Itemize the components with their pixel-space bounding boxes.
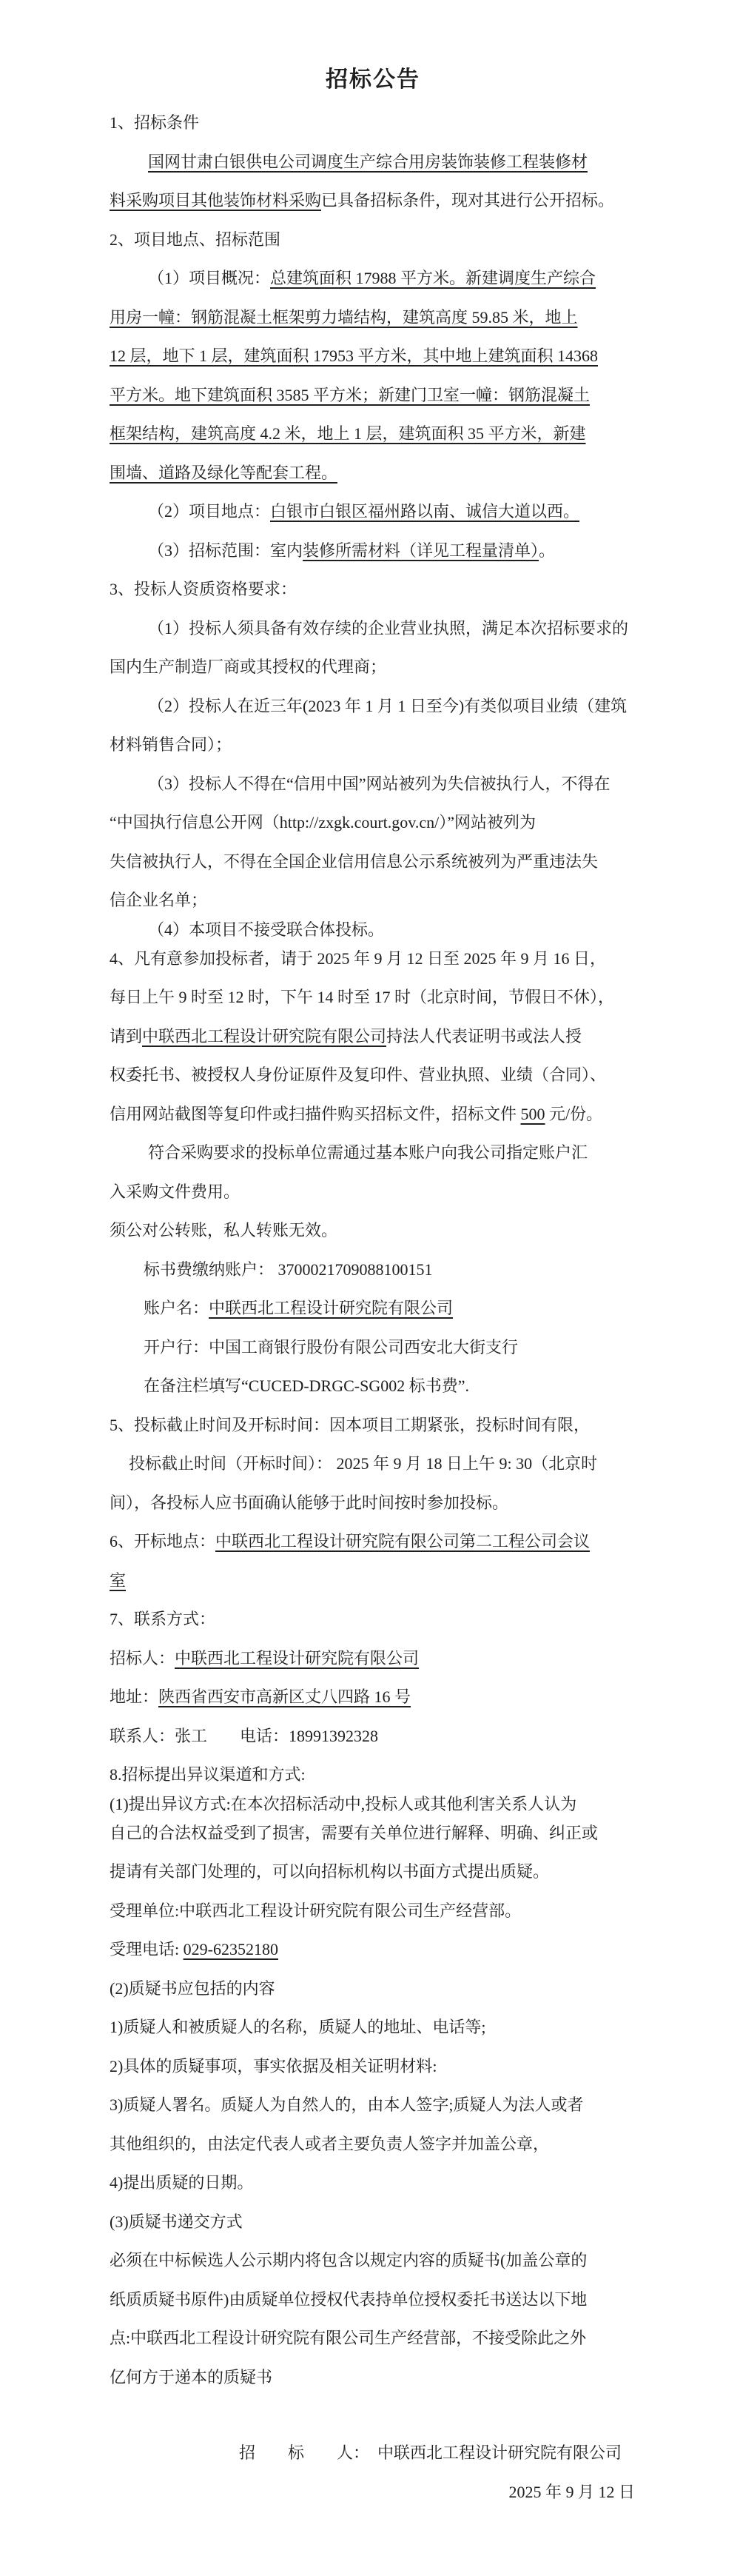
- text-segment: 权委托书、被授权人身份证原件及复印件、营业执照、业绩（合同）、: [110, 1065, 606, 1084]
- text-segment: 账户名：: [144, 1299, 209, 1317]
- text-line: (1)提出异议方式:在本次招标活动中,投标人或其他利害关系人认为: [110, 1795, 636, 1814]
- text-segment: “中国执行信息公开网（http://zxgk.court.gov.cn/）”网站…: [110, 813, 536, 832]
- underlined-text: 500: [521, 1105, 545, 1123]
- text-segment: 间），各投标人应书面确认能够于此时间按时参加投标。: [110, 1493, 508, 1512]
- text-segment: 失信被执行人，不得在全国企业信用信息公示系统被列为严重违法失: [110, 852, 598, 871]
- text-segment: 每日上午 9 时至 12 时，下午 14 时至 17 时（北京时间，节假日不休）…: [110, 988, 614, 1006]
- text-line: 3、投标人资质资格要求：: [110, 570, 636, 609]
- text-segment: 1、招标条件: [110, 113, 199, 132]
- text-line: 4、凡有意参加投标者，请于 2025 年 9 月 12 日至 2025 年 9 …: [110, 940, 636, 979]
- text-segment: 8.招标提出异议渠道和方式:: [110, 1765, 306, 1784]
- document-body: 1、招标条件国网甘肃白银供电公司调度生产综合用房装饰装修工程装修材料采购项目其他…: [110, 104, 636, 2512]
- text-line: 2)具体的质疑事项，事实依据及相关证明材料:: [110, 2047, 636, 2087]
- underlined-text: 平方米。地下建筑面积 3585 平方米；新建门卫室一幢：钢筋混凝土: [110, 386, 590, 404]
- underlined-text: 室: [110, 1571, 126, 1590]
- text-segment: 4、凡有意参加投标者，请于 2025 年 9 月 12 日至 2025 年 9 …: [110, 949, 606, 968]
- text-segment: 受理单位:中联西北工程设计研究院有限公司生产经营部。: [110, 1901, 521, 1920]
- text-segment: 必须在中标候选人公示期内将包含以规定内容的质疑书(加盖公章的: [110, 2251, 587, 2269]
- underlined-text: 029-62352180: [184, 1940, 278, 1958]
- text-segment: 材料销售合同）；: [110, 735, 232, 754]
- text-line: 围墙、道路及绿化等配套工程。: [110, 454, 636, 493]
- text-line: （3）投标人不得在“信用中国”网站被列为失信被执行人，不得在: [110, 765, 636, 804]
- text-line: （3）招标范围：室内装修所需材料（详见工程量清单）。: [110, 532, 636, 571]
- text-line: 请到中联西北工程设计研究院有限公司持法人代表证明书或法人授: [110, 1017, 636, 1057]
- text-segment: 2、项目地点、招标范围: [110, 230, 280, 249]
- page-title: 招标公告: [110, 59, 636, 101]
- text-line: 受理单位:中联西北工程设计研究院有限公司生产经营部。: [110, 1892, 636, 1931]
- text-segment: （2）投标人在近三年(2023 年 1 月 1 日至今)有类似项目业绩（建筑: [148, 697, 627, 715]
- text-segment: 元/份。: [545, 1105, 603, 1123]
- text-line: 自己的合法权益受到了损害，需要有关单位进行解释、明确、纠正或: [110, 1814, 636, 1853]
- text-line: 投标截止时间（开标时间）： 2025 年 9 月 18 日上午 9: 30（北京…: [110, 1445, 636, 1484]
- text-line: （2）项目地点：白银市白银区福州路以南、诚信大道以西。: [110, 492, 636, 532]
- text-segment: 其他组织的，由法定代表人或者主要负责人签字并加盖公章，: [110, 2135, 549, 2153]
- text-segment: 联系人：张工 电话：18991392328: [110, 1727, 378, 1745]
- tender-announcement-document: 招标公告 1、招标条件国网甘肃白银供电公司调度生产综合用房装饰装修工程装修材料采…: [0, 0, 740, 2576]
- text-segment: 点:中联西北工程设计研究院有限公司生产经营部，不接受除此之外: [110, 2329, 586, 2347]
- text-line: 在备注栏填写“CUCED-DRGC-SG002 标书费”.: [110, 1367, 636, 1406]
- text-segment: 招 标 人： 中联西北工程设计研究院有限公司: [239, 2443, 622, 2462]
- text-line: (2)质疑书应包括的内容: [110, 1970, 636, 2009]
- text-segment: 信用网站截图等复印件或扫描件购买招标文件，招标文件: [110, 1105, 521, 1123]
- text-segment: (3)质疑书递交方式: [110, 2212, 243, 2231]
- text-line: 失信被执行人，不得在全国企业信用信息公示系统被列为严重违法失: [110, 843, 636, 882]
- text-segment: 2)具体的质疑事项，事实依据及相关证明材料:: [110, 2057, 437, 2075]
- text-line: 国网甘肃白银供电公司调度生产综合用房装饰装修工程装修材: [110, 143, 636, 182]
- text-segment: 自己的合法权益受到了损害，需要有关单位进行解释、明确、纠正或: [110, 1824, 598, 1842]
- text-segment: 7、联系方式：: [110, 1610, 215, 1628]
- text-line: 其他组织的，由法定代表人或者主要负责人签字并加盖公章，: [110, 2125, 636, 2164]
- underlined-text: 12 层，地下 1 层，建筑面积 17953 平方米，其中地上建筑面积 1436…: [110, 347, 598, 365]
- text-segment: 国内生产制造厂商或其授权的代理商；: [110, 658, 386, 676]
- underlined-text: 陕西省西安市高新区丈八四路 16 号: [158, 1687, 411, 1706]
- text-segment: 3、投标人资质资格要求：: [110, 580, 297, 598]
- text-line: 地址：陕西省西安市高新区丈八四路 16 号: [110, 1678, 636, 1717]
- text-segment: 4)提出质疑的日期。: [110, 2173, 253, 2192]
- text-segment: 2025 年 9 月 12 日: [508, 2483, 635, 2501]
- text-line: 国内生产制造厂商或其授权的代理商；: [110, 648, 636, 687]
- underlined-text: 围墙、道路及绿化等配套工程。: [110, 464, 337, 482]
- text-line: 12 层，地下 1 层，建筑面积 17953 平方米，其中地上建筑面积 1436…: [110, 337, 636, 376]
- underlined-text: 白银市白银区福州路以南、诚信大道以西。: [270, 502, 579, 521]
- underlined-text: 中联西北工程设计研究院有限公司第二工程公司会议: [215, 1532, 590, 1550]
- text-line: 7、联系方式：: [110, 1600, 636, 1639]
- text-line: 亿何方于递本的质疑书: [110, 2358, 636, 2398]
- text-segment: 请到: [110, 1027, 142, 1046]
- text-line: 入采购文件费用。: [110, 1173, 636, 1212]
- text-line: 材料销售合同）；: [110, 726, 636, 765]
- text-line: （1）投标人须具备有效存续的企业营业执照，满足本次招标要求的: [110, 609, 636, 649]
- text-line: 账户名：中联西北工程设计研究院有限公司: [110, 1289, 636, 1328]
- text-segment: 招标人：: [110, 1649, 175, 1667]
- text-segment: （3）招标范围：室内: [148, 541, 303, 560]
- text-line: 信用网站截图等复印件或扫描件购买招标文件，招标文件 500 元/份。: [110, 1095, 636, 1134]
- text-segment: (1)提出异议方式:在本次招标活动中,投标人或其他利害关系人认为: [110, 1795, 576, 1813]
- text-segment: 投标截止时间（开标时间）： 2025 年 9 月 18 日上午 9: 30（北京…: [129, 1454, 597, 1473]
- text-line: （4）本项目不接受联合体投标。: [110, 920, 636, 940]
- text-line: 权委托书、被授权人身份证原件及复印件、营业执照、业绩（合同）、: [110, 1056, 636, 1095]
- text-line: 信企业名单；: [110, 881, 636, 920]
- text-segment: 标书费缴纳账户： 3700021709088100151: [144, 1260, 433, 1279]
- text-line: 8.招标提出异议渠道和方式:: [110, 1756, 636, 1795]
- text-line: (3)质疑书递交方式: [110, 2203, 636, 2242]
- text-line: 招标人：中联西北工程设计研究院有限公司: [110, 1639, 636, 1679]
- text-segment: （1）项目概况：: [148, 269, 270, 287]
- text-segment: 已具备招标条件，现对其进行公开招标。: [321, 191, 614, 210]
- text-segment: 。: [539, 541, 555, 560]
- underlined-text: 中联西北工程设计研究院有限公司: [209, 1299, 453, 1317]
- text-line: 框架结构，建筑高度 4.2 米，地上 1 层，建筑面积 35 平方米，新建: [110, 415, 636, 454]
- text-line: 平方米。地下建筑面积 3585 平方米；新建门卫室一幢：钢筋混凝土: [110, 376, 636, 415]
- text-line: 受理电话: 029-62352180: [110, 1930, 636, 1970]
- underlined-text: 料采购项目其他装饰材料采购: [110, 191, 321, 210]
- text-line: 1、招标条件: [110, 104, 636, 143]
- text-segment: 提请有关部门处理的，可以向招标机构以书面方式提出质疑。: [110, 1862, 549, 1881]
- text-segment: （4）本项目不接受联合体投标。: [148, 920, 384, 939]
- text-segment: 地址：: [110, 1687, 158, 1706]
- text-segment: （3）投标人不得在“信用中国”网站被列为失信被执行人，不得在: [148, 775, 610, 793]
- text-line: 间），各投标人应书面确认能够于此时间按时参加投标。: [110, 1484, 636, 1523]
- text-segment: 6、开标地点：: [110, 1532, 215, 1550]
- text-line: 室: [110, 1562, 636, 1601]
- text-segment: 3)质疑人署名。质疑人为自然人的，由本人签字;质疑人为法人或者: [110, 2095, 583, 2114]
- text-line: 5、投标截止时间及开标时间：因本项目工期紧张，投标时间有限，: [110, 1406, 636, 1445]
- text-line: 2025 年 9 月 12 日: [110, 2473, 636, 2512]
- text-segment: 入采购文件费用。: [110, 1182, 240, 1201]
- text-segment: 5、投标截止时间及开标时间：因本项目工期紧张，投标时间有限，: [110, 1416, 590, 1434]
- text-line: （2）投标人在近三年(2023 年 1 月 1 日至今)有类似项目业绩（建筑: [110, 687, 636, 726]
- text-segment: （1）投标人须具备有效存续的企业营业执照，满足本次招标要求的: [148, 619, 628, 638]
- text-line: 点:中联西北工程设计研究院有限公司生产经营部，不接受除此之外: [110, 2319, 636, 2358]
- underlined-text: 装修所需材料（详见工程量清单）: [303, 541, 539, 560]
- text-segment: 纸质质疑书原件)由质疑单位授权代表持单位授权委托书送达以下地: [110, 2290, 587, 2309]
- text-line: 开户行：中国工商银行股份有限公司西安北大街支行: [110, 1328, 636, 1368]
- text-line: 料采购项目其他装饰材料采购已具备招标条件，现对其进行公开招标。: [110, 181, 636, 221]
- text-segment: (2)质疑书应包括的内容: [110, 1979, 275, 1998]
- text-line: 须公对公转账，私人转账无效。: [110, 1211, 636, 1251]
- text-line: 3)质疑人署名。质疑人为自然人的，由本人签字;质疑人为法人或者: [110, 2086, 636, 2125]
- text-segment: 在备注栏填写“CUCED-DRGC-SG002 标书费”.: [144, 1376, 469, 1395]
- text-line: 提请有关部门处理的，可以向招标机构以书面方式提出质疑。: [110, 1853, 636, 1892]
- text-line: 纸质质疑书原件)由质疑单位授权代表持单位授权委托书送达以下地: [110, 2281, 636, 2320]
- text-segment: （2）项目地点：: [148, 502, 270, 521]
- text-line: （1）项目概况：总建筑面积 17988 平方米。新建调度生产综合: [110, 259, 636, 298]
- underlined-text: 国网甘肃白银供电公司调度生产综合用房装饰装修工程装修材: [148, 153, 588, 171]
- text-segment: 须公对公转账，私人转账无效。: [110, 1221, 337, 1240]
- underlined-text: 中联西北工程设计研究院有限公司: [175, 1649, 419, 1667]
- text-segment: 信企业名单；: [110, 891, 207, 909]
- underlined-text: 总建筑面积 17988 平方米。新建调度生产综合: [270, 269, 596, 287]
- text-line: 2、项目地点、招标范围: [110, 221, 636, 260]
- underlined-text: 中联西北工程设计研究院有限公司: [142, 1027, 386, 1046]
- text-line: 联系人：张工 电话：18991392328: [110, 1717, 636, 1756]
- text-line: 标书费缴纳账户： 3700021709088100151: [110, 1251, 636, 1290]
- text-line: 4)提出质疑的日期。: [110, 2164, 636, 2203]
- underlined-text: 框架结构，建筑高度 4.2 米，地上 1 层，建筑面积 35 平方米，新建: [110, 424, 586, 443]
- text-segment: 开户行：中国工商银行股份有限公司西安北大街支行: [144, 1338, 518, 1356]
- text-segment: 1)质疑人和被质疑人的名称，质疑人的地址、电话等;: [110, 2018, 485, 2036]
- text-segment: 符合采购要求的投标单位需通过基本账户向我公司指定账户汇: [148, 1143, 588, 1162]
- text-segment: 亿何方于递本的质疑书: [110, 2368, 272, 2386]
- text-segment: 受理电话:: [110, 1940, 184, 1958]
- text-line: 招 标 人： 中联西北工程设计研究院有限公司: [110, 2434, 636, 2473]
- text-line: 1)质疑人和被质疑人的名称，质疑人的地址、电话等;: [110, 2008, 636, 2047]
- underlined-text: 用房一幢：钢筋混凝土框架剪力墙结构，建筑高度 59.85 米，地上: [110, 308, 578, 327]
- text-line: 每日上午 9 时至 12 时，下午 14 时至 17 时（北京时间，节假日不休）…: [110, 978, 636, 1017]
- text-line: 6、开标地点：中联西北工程设计研究院有限公司第二工程公司会议: [110, 1522, 636, 1562]
- text-line: 符合采购要求的投标单位需通过基本账户向我公司指定账户汇: [110, 1134, 636, 1173]
- text-line: 用房一幢：钢筋混凝土框架剪力墙结构，建筑高度 59.85 米，地上: [110, 298, 636, 338]
- text-line: “中国执行信息公开网（http://zxgk.court.gov.cn/）”网站…: [110, 803, 636, 843]
- text-segment: 持法人代表证明书或法人授: [386, 1027, 582, 1046]
- text-line: 必须在中标候选人公示期内将包含以规定内容的质疑书(加盖公章的: [110, 2241, 636, 2281]
